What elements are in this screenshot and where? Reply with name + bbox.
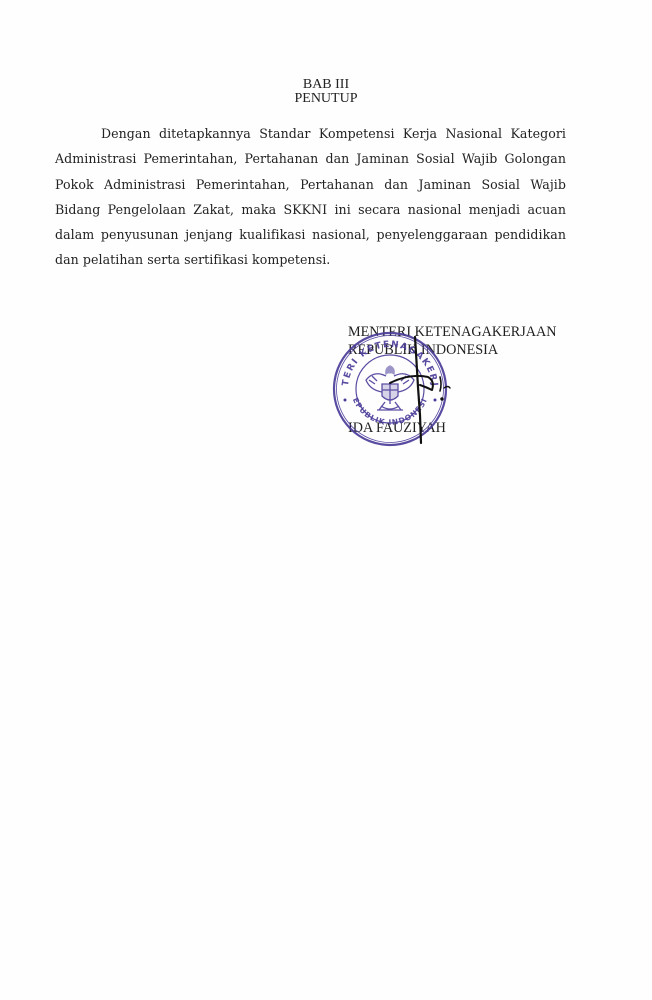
closing-paragraph: Dengan ditetapkannya Standar Kompetensi … xyxy=(55,121,566,273)
chapter-number: BAB III xyxy=(0,78,652,92)
chapter-title: PENUTUP xyxy=(0,92,652,106)
signature-icon xyxy=(380,335,470,445)
document-page: BAB III PENUTUP Dengan ditetapkannya Sta… xyxy=(0,0,652,1000)
